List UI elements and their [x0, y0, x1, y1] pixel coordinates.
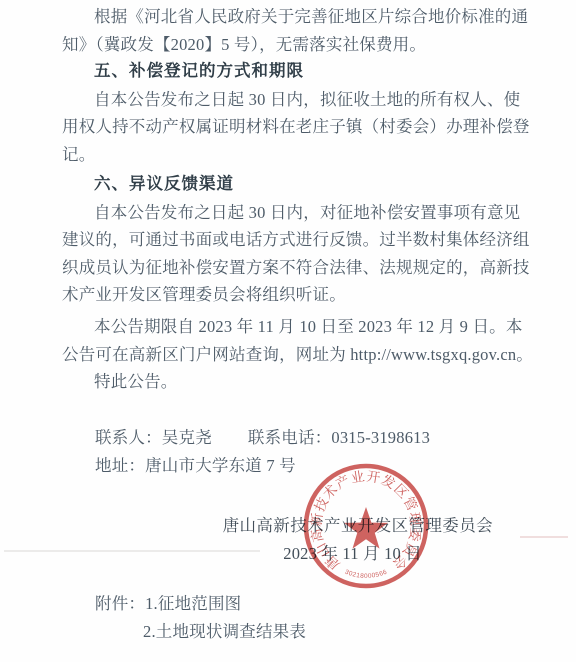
body-line: 特此公告。: [62, 368, 513, 396]
attachment-line-1: 附件：1.征地范围图: [62, 590, 513, 618]
body-line: 自本公告发布之日起 30 日内，拟征收土地的所有权人、使: [62, 86, 513, 114]
contact-line: 联系人：吴克尧联系电话：0315-3198613: [62, 424, 513, 452]
body-line: 根据《河北省人民政府关于完善征地区片综合地价标准的通: [62, 3, 513, 31]
body-line: 建议的，可通过书面或电话方式进行反馈。过半数村集体经济组: [62, 226, 513, 254]
body-line: 自本公告发布之日起 30 日内，对征地补偿安置事项有意见: [62, 199, 513, 227]
attachment-line-2: 2.土地现状调查结果表: [62, 618, 513, 646]
announcement-body: 根据《河北省人民政府关于完善征地区片综合地价标准的通 知》（冀政发【2020】5…: [62, 0, 513, 645]
body-line: 本公告期限自 2023 年 11 月 10 日至 2023 年 12 月 9 日…: [62, 313, 513, 341]
contact-address: 地址：唐山市大学东道 7 号: [62, 452, 513, 480]
document-page: 根据《河北省人民政府关于完善征地区片综合地价标准的通 知》（冀政发【2020】5…: [0, 0, 576, 662]
section-heading-6: 六、异议反馈渠道: [62, 171, 513, 199]
body-line: 记。: [62, 141, 513, 169]
body-line: 公告可在高新区门户网站查询，网址为 http://www.tsgxq.gov.c…: [62, 341, 513, 369]
body-line: 织成员认为征地补偿安置方案不符合法律、法规规定的，高新技: [62, 254, 513, 282]
scan-artifact-line: [4, 550, 260, 552]
body-line: 用权人持不动产权属证明材料在老庄子镇（村委会）办理补偿登: [62, 113, 513, 141]
body-line: 知》（冀政发【2020】5 号），无需落实社保费用。: [62, 31, 513, 59]
body-line: 术产业开发区管理委员会将组织听证。: [62, 281, 513, 309]
signature-organization: 唐山高新技术产业开发区管理委员会: [62, 512, 513, 540]
section-heading-5: 五、补偿登记的方式和期限: [62, 58, 513, 86]
signature-date: 2023 年 11 月 10 日: [62, 540, 513, 568]
contact-person: 联系人：吴克尧: [95, 428, 212, 447]
scan-artifact-line: [520, 536, 568, 538]
contact-phone: 联系电话：0315-3198613: [248, 424, 430, 452]
